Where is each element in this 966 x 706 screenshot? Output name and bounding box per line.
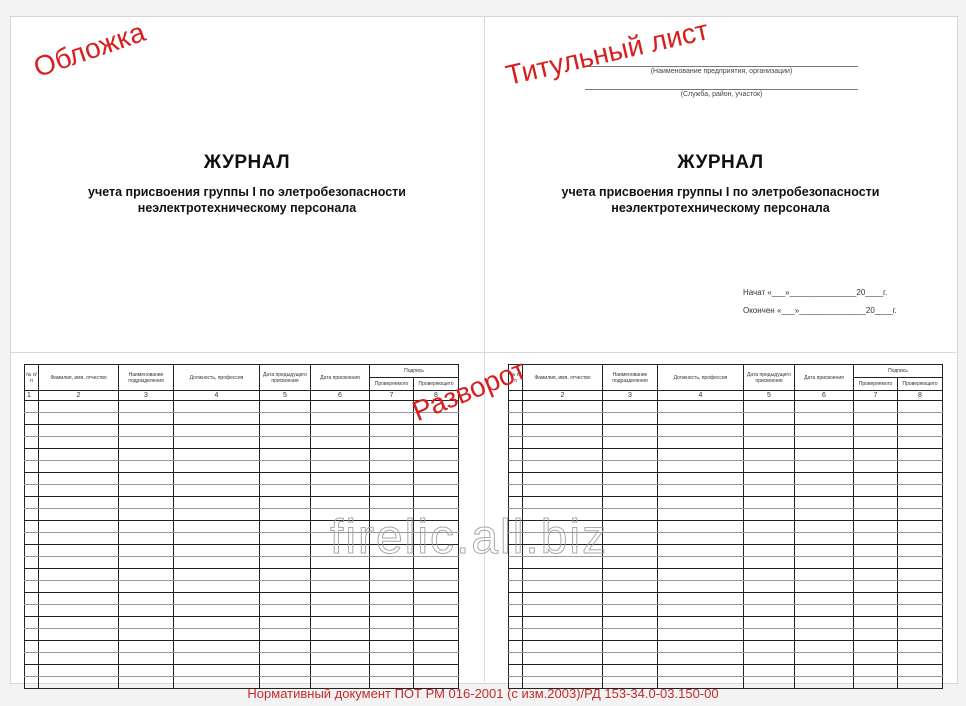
table-cell (744, 653, 795, 665)
service-line (585, 89, 858, 90)
header-date: Дата присвоения (311, 365, 370, 391)
table-cell (603, 521, 658, 533)
table-cell (658, 653, 744, 665)
table-cell (370, 569, 414, 581)
column-number-row: 2 3 4 5 6 7 8 (509, 391, 943, 401)
table-cell (119, 569, 174, 581)
table-cell (311, 665, 370, 677)
title-page-title: ЖУРНАЛ (485, 152, 956, 174)
table-cell (25, 509, 39, 521)
table-cell (795, 665, 854, 677)
col-num-2: 2 (523, 391, 603, 401)
table-cell (603, 593, 658, 605)
table-row (509, 461, 943, 473)
table-cell (414, 569, 459, 581)
col-num-5: 5 (744, 391, 795, 401)
header-signature: Подпись (370, 365, 459, 378)
table-cell (898, 581, 943, 593)
table-cell (311, 473, 370, 485)
table-cell (260, 653, 311, 665)
table-row (25, 461, 459, 473)
table-cell (39, 545, 119, 557)
table-cell (311, 581, 370, 593)
table-cell (311, 497, 370, 509)
table-cell (603, 665, 658, 677)
table-cell (39, 413, 119, 425)
table-cell (523, 425, 603, 437)
table-cell (898, 557, 943, 569)
table-cell (414, 461, 459, 473)
table-cell (25, 545, 39, 557)
table-row (25, 497, 459, 509)
table-cell (119, 461, 174, 473)
table-cell (25, 665, 39, 677)
table-cell (898, 533, 943, 545)
table-cell (174, 533, 260, 545)
table-cell (854, 593, 898, 605)
table-cell (744, 557, 795, 569)
table-cell (603, 485, 658, 497)
table-cell (174, 581, 260, 593)
table-cell (658, 605, 744, 617)
header-prev-date: Дата предыдущего присвоения (260, 365, 311, 391)
table-cell (414, 497, 459, 509)
table-row (509, 641, 943, 653)
table-cell (658, 497, 744, 509)
table-cell (25, 581, 39, 593)
table-cell (795, 413, 854, 425)
table-cell (25, 449, 39, 461)
table-cell (311, 449, 370, 461)
table-cell (39, 665, 119, 677)
title-page-subtitle: учета присвоения группы I по элетробезоп… (485, 184, 956, 216)
table-cell (509, 461, 523, 473)
table-cell (414, 485, 459, 497)
table-cell (25, 461, 39, 473)
table-cell (854, 665, 898, 677)
table-cell (658, 533, 744, 545)
table-cell (658, 461, 744, 473)
table-cell (523, 485, 603, 497)
table-cell (603, 629, 658, 641)
table-cell (898, 545, 943, 557)
table-cell (260, 665, 311, 677)
table-cell (39, 497, 119, 509)
table-cell (260, 605, 311, 617)
table-cell (174, 593, 260, 605)
table-cell (795, 533, 854, 545)
table-cell (39, 557, 119, 569)
table-cell (523, 617, 603, 629)
table-cell (25, 653, 39, 665)
table-cell (260, 461, 311, 473)
table-row (25, 425, 459, 437)
table-cell (119, 485, 174, 497)
table-cell (119, 665, 174, 677)
table-cell (370, 437, 414, 449)
started-date: Начат «___»_______________20____г. (743, 288, 887, 297)
table-cell (744, 641, 795, 653)
header-num: № п/п (25, 365, 39, 391)
table-cell (658, 509, 744, 521)
table-cell (898, 593, 943, 605)
table-cell (25, 425, 39, 437)
table-cell (603, 473, 658, 485)
col-num-3: 3 (119, 391, 174, 401)
table-cell (311, 653, 370, 665)
header-position: Должность, профессия (174, 365, 260, 391)
table-cell (39, 425, 119, 437)
table-cell (603, 653, 658, 665)
table-cell (119, 533, 174, 545)
table-row (509, 425, 943, 437)
table-cell (370, 413, 414, 425)
cover-subtitle-line1: учета присвоения группы I по элетробезоп… (10, 184, 484, 200)
table-cell (39, 521, 119, 533)
table-cell (39, 629, 119, 641)
table-cell (39, 449, 119, 461)
table-cell (119, 401, 174, 413)
table-cell (898, 605, 943, 617)
table-cell (311, 641, 370, 653)
table-cell (795, 425, 854, 437)
table-cell (658, 581, 744, 593)
table-cell (603, 557, 658, 569)
table-cell (311, 569, 370, 581)
header-department: Наименование подразделения (119, 365, 174, 391)
table-row (509, 485, 943, 497)
header-signature-checked: Проверяемого (370, 378, 414, 391)
table-cell (370, 593, 414, 605)
col-num-7: 7 (370, 391, 414, 401)
table-cell (119, 545, 174, 557)
header-signature-checker: Проверяющего (898, 378, 943, 391)
table-cell (854, 413, 898, 425)
table-cell (370, 497, 414, 509)
table-row (509, 413, 943, 425)
table-row (509, 401, 943, 413)
table-cell (898, 413, 943, 425)
table-cell (898, 401, 943, 413)
header-prev-date: Дата предыдущего присвоения (744, 365, 795, 391)
table-cell (509, 473, 523, 485)
table-cell (603, 581, 658, 593)
table-cell (370, 461, 414, 473)
table-cell (174, 545, 260, 557)
table-cell (523, 665, 603, 677)
table-cell (370, 653, 414, 665)
table-cell (898, 629, 943, 641)
table-cell (174, 449, 260, 461)
table-cell (39, 617, 119, 629)
table-cell (854, 557, 898, 569)
table-cell (119, 581, 174, 593)
title-page-subtitle-line2: неэлектротехническому персонала (485, 200, 956, 216)
table-cell (658, 545, 744, 557)
table-cell (414, 437, 459, 449)
table-cell (523, 449, 603, 461)
table-row (25, 629, 459, 641)
table-cell (523, 653, 603, 665)
table-cell (898, 473, 943, 485)
table-cell (174, 665, 260, 677)
table-cell (898, 425, 943, 437)
table-cell (523, 629, 603, 641)
table-cell (311, 593, 370, 605)
col-num-1 (509, 391, 523, 401)
table-cell (603, 437, 658, 449)
table-cell (744, 413, 795, 425)
table-cell (744, 629, 795, 641)
cover-title: ЖУРНАЛ (10, 152, 484, 174)
table-cell (119, 509, 174, 521)
table-cell (311, 401, 370, 413)
table-cell (854, 617, 898, 629)
table-cell (744, 545, 795, 557)
table-cell (509, 413, 523, 425)
table-cell (311, 617, 370, 629)
table-cell (25, 437, 39, 449)
table-cell (795, 449, 854, 461)
table-cell (658, 569, 744, 581)
table-cell (370, 473, 414, 485)
table-cell (119, 437, 174, 449)
table-cell (260, 413, 311, 425)
table-cell (174, 641, 260, 653)
table-cell (414, 605, 459, 617)
table-cell (39, 533, 119, 545)
table-cell (260, 641, 311, 653)
col-num-1: 1 (25, 391, 39, 401)
table-cell (260, 485, 311, 497)
table-cell (25, 521, 39, 533)
table-cell (509, 581, 523, 593)
table-cell (370, 485, 414, 497)
table-cell (603, 605, 658, 617)
table-cell (898, 509, 943, 521)
table-cell (260, 401, 311, 413)
table-cell (25, 593, 39, 605)
table-cell (509, 437, 523, 449)
table-cell (795, 641, 854, 653)
table-cell (414, 617, 459, 629)
table-cell (260, 617, 311, 629)
table-cell (523, 473, 603, 485)
table-cell (658, 557, 744, 569)
table-cell (174, 569, 260, 581)
table-cell (119, 497, 174, 509)
col-num-2: 2 (39, 391, 119, 401)
table-cell (370, 665, 414, 677)
table-cell (119, 425, 174, 437)
table-cell (25, 605, 39, 617)
table-cell (260, 569, 311, 581)
table-cell (658, 485, 744, 497)
table-cell (898, 485, 943, 497)
table-row (25, 665, 459, 677)
table-cell (311, 485, 370, 497)
table-cell (260, 545, 311, 557)
footer-normative-document: Нормативный документ ПОТ РМ 016-2001 (с … (0, 686, 966, 701)
table-cell (119, 653, 174, 665)
table-cell (854, 653, 898, 665)
table-cell (174, 605, 260, 617)
table-cell (311, 605, 370, 617)
table-cell (370, 425, 414, 437)
table-cell (854, 425, 898, 437)
table-cell (523, 569, 603, 581)
table-cell (603, 425, 658, 437)
table-cell (744, 401, 795, 413)
table-cell (523, 437, 603, 449)
table-cell (658, 425, 744, 437)
org-caption: (Наименование предприятия, организации) (585, 68, 858, 75)
table-cell (509, 593, 523, 605)
page-divider-horizontal (10, 352, 956, 353)
table-cell (898, 665, 943, 677)
table-cell (509, 641, 523, 653)
header-signature: Подпись (854, 365, 943, 378)
col-num-8: 8 (898, 391, 943, 401)
table-cell (174, 485, 260, 497)
table-cell (25, 617, 39, 629)
table-cell (898, 497, 943, 509)
table-cell (658, 401, 744, 413)
table-cell (174, 617, 260, 629)
table-cell (39, 569, 119, 581)
table-cell (795, 545, 854, 557)
table-cell (39, 485, 119, 497)
table-cell (898, 461, 943, 473)
table-row (25, 485, 459, 497)
table-cell (603, 461, 658, 473)
table-cell (119, 593, 174, 605)
table-cell (744, 581, 795, 593)
table-cell (603, 413, 658, 425)
table-cell (854, 485, 898, 497)
table-cell (795, 605, 854, 617)
table-cell (744, 569, 795, 581)
table-cell (25, 641, 39, 653)
table-cell (603, 401, 658, 413)
header-date: Дата присвоения (795, 365, 854, 391)
table-cell (795, 509, 854, 521)
table-row (25, 569, 459, 581)
table-cell (509, 629, 523, 641)
table-cell (795, 653, 854, 665)
table-cell (898, 521, 943, 533)
table-cell (744, 473, 795, 485)
table-row (25, 653, 459, 665)
table-cell (311, 413, 370, 425)
table-cell (260, 581, 311, 593)
table-cell (658, 521, 744, 533)
table-cell (260, 497, 311, 509)
table-cell (523, 401, 603, 413)
table-cell (39, 653, 119, 665)
table-cell (795, 461, 854, 473)
table-cell (174, 521, 260, 533)
table-cell (119, 449, 174, 461)
table-cell (311, 629, 370, 641)
table-cell (744, 617, 795, 629)
table-cell (603, 545, 658, 557)
table-cell (174, 629, 260, 641)
table-row (509, 497, 943, 509)
table-row (25, 473, 459, 485)
table-cell (795, 581, 854, 593)
table-cell (523, 413, 603, 425)
table-cell (39, 461, 119, 473)
table-cell (795, 473, 854, 485)
table-cell (509, 605, 523, 617)
table-cell (744, 593, 795, 605)
table-cell (603, 617, 658, 629)
table-cell (658, 413, 744, 425)
table-row (509, 605, 943, 617)
table-cell (260, 521, 311, 533)
table-cell (174, 509, 260, 521)
table-cell (174, 413, 260, 425)
table-cell (509, 653, 523, 665)
cover-subtitle-line2: неэлектротехническому персонала (10, 200, 484, 216)
table-cell (658, 437, 744, 449)
table-cell (603, 509, 658, 521)
table-cell (260, 557, 311, 569)
table-cell (414, 449, 459, 461)
org-name-line (585, 66, 858, 67)
table-cell (603, 449, 658, 461)
table-cell (795, 629, 854, 641)
table-cell (854, 629, 898, 641)
table-cell (311, 425, 370, 437)
table-cell (25, 473, 39, 485)
table-cell (795, 497, 854, 509)
table-cell (311, 437, 370, 449)
table-cell (370, 617, 414, 629)
table-cell (414, 665, 459, 677)
table-cell (854, 401, 898, 413)
table-cell (370, 581, 414, 593)
table-cell (509, 449, 523, 461)
table-cell (854, 473, 898, 485)
table-cell (523, 497, 603, 509)
table-row (25, 593, 459, 605)
header-department: Наименование подразделения (603, 365, 658, 391)
table-cell (854, 449, 898, 461)
table-cell (658, 449, 744, 461)
table-cell (39, 401, 119, 413)
table-cell (795, 485, 854, 497)
finished-date: Окончен «___»_______________20____г. (743, 306, 897, 315)
col-num-6: 6 (795, 391, 854, 401)
header-position: Должность, профессия (658, 365, 744, 391)
table-cell (795, 617, 854, 629)
table-cell (414, 593, 459, 605)
table-cell (795, 569, 854, 581)
table-cell (523, 593, 603, 605)
table-row (25, 449, 459, 461)
table-cell (311, 461, 370, 473)
table-cell (795, 593, 854, 605)
table-cell (744, 425, 795, 437)
table-cell (603, 641, 658, 653)
table-cell (744, 605, 795, 617)
table-cell (39, 581, 119, 593)
table-cell (744, 533, 795, 545)
table-cell (603, 497, 658, 509)
table-cell (260, 473, 311, 485)
